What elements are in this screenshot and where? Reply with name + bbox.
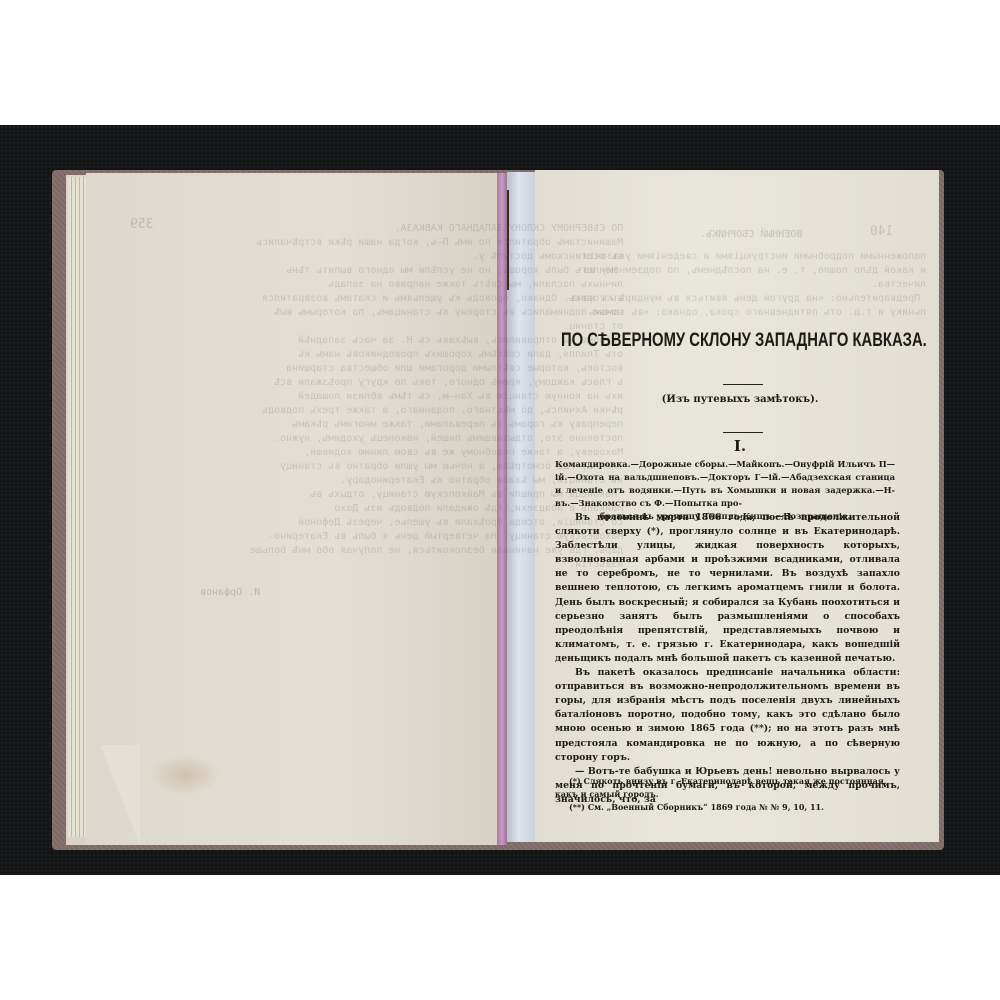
paragraph: Въ половинѣ марта 1866 года, послѣ продо… — [555, 511, 900, 666]
footnotes: (*) Слякоть внизу въ г. Екатеринодарѣ ве… — [555, 775, 900, 814]
left-page-number: 359 — [130, 218, 153, 232]
running-head: ВОЕННЫЙ СБОРНИКЪ. — [700, 228, 802, 242]
chapter-number: I. — [555, 437, 925, 455]
divider — [723, 432, 763, 433]
divider — [723, 384, 763, 385]
right-ghost-lines: положенными подробными инструкціями и св… — [565, 250, 926, 320]
footnote: (**) См. „Военный Сборникъ“ 1869 года № … — [555, 801, 900, 814]
paragraph: Въ пакетѣ оказалось предписаніе начальни… — [555, 666, 900, 765]
article-subtitle: (Изъ путевыхъ замѣтокъ). — [555, 394, 925, 405]
body-text: Въ половинѣ марта 1866 года, послѣ продо… — [555, 511, 900, 807]
footnote: (*) Слякоть внизу въ г. Екатеринодарѣ ве… — [555, 775, 900, 801]
chapter-summary-text: Командировка.—Дорожные сборы.—Майкопъ.—О… — [555, 459, 895, 508]
stain — [150, 755, 220, 795]
page-fold — [100, 745, 140, 845]
article-title: ПО СѢВЕРНОМУ СКЛОНУ ЗАПАДНАГО КАВКАЗА. — [561, 330, 915, 352]
left-page-signature: И. Орфанов — [200, 587, 260, 598]
right-page-number: 140 — [870, 225, 893, 239]
